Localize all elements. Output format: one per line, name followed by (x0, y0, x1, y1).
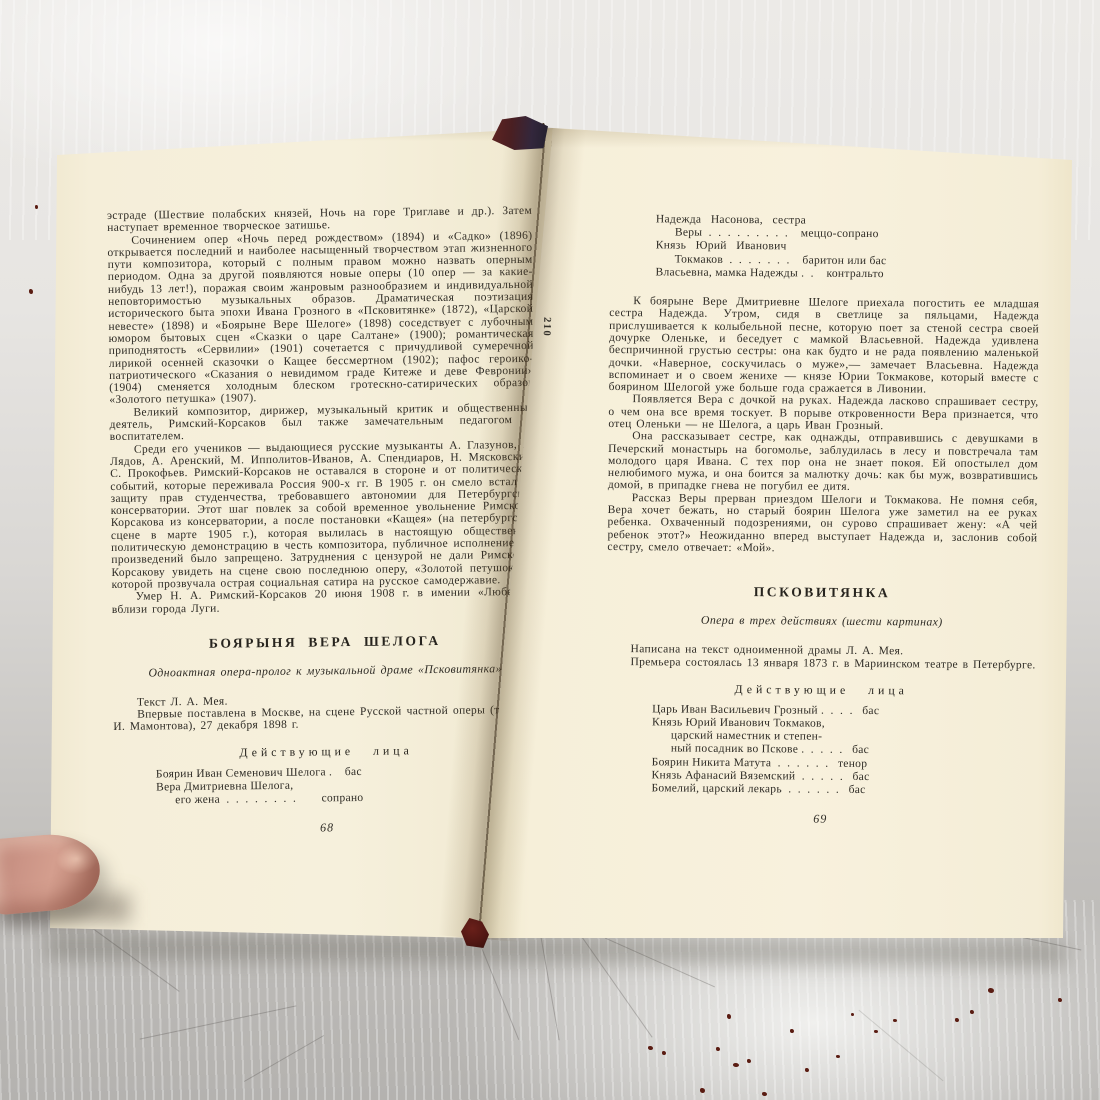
cast-line: Бомелий, царский лекарь . . . . . . бас (651, 782, 1035, 798)
cast-list-continued: Надежда Насонова, сестра Веры . . . . . … (655, 213, 1040, 282)
paint-speck (988, 988, 994, 993)
paint-speck (955, 1018, 959, 1022)
body-paragraph: Рассказ Веры прерван приездом Шелоги и Т… (607, 492, 1037, 557)
body-paragraph: Появляется Вера с дочкой на руках. Надеж… (608, 393, 1038, 433)
paint-speck (836, 1055, 840, 1058)
paint-speck (29, 289, 33, 294)
body-paragraph: К боярыне Вере Дмитриевне Шелоге приехал… (609, 295, 1040, 397)
paint-speck (790, 1029, 794, 1033)
book-photo-scene: эстраде (Шествие полабских князей, Ночь … (0, 0, 1100, 1100)
paint-speck (747, 1059, 751, 1063)
opera-subtitle: Опера в трех действиях (шести картинах) (607, 612, 1037, 630)
spine-page-ref: 210 (541, 317, 553, 338)
paint-speck (700, 1088, 705, 1093)
paint-speck (35, 205, 38, 209)
paint-speck (874, 1030, 878, 1033)
body-paragraph: Она рассказывает сестре, как однажды, от… (608, 430, 1038, 495)
page-number: 69 (605, 810, 1035, 828)
paint-speck (727, 1014, 731, 1019)
paint-speck (851, 1013, 854, 1016)
paint-speck (733, 1063, 739, 1067)
paint-speck (716, 1047, 720, 1051)
paint-speck (662, 1051, 666, 1055)
paint-speck (970, 1010, 974, 1014)
paint-speck (648, 1046, 653, 1050)
body-paragraph: Сочинением опер «Ночь перед рождеством» … (107, 229, 534, 406)
cast-list: Царь Иван Васильевич Грозный . . . . бас… (651, 703, 1036, 798)
cast-heading: Действующие лица (606, 681, 1036, 699)
body-paragraph: Великий композитор, дирижер, музыкальный… (109, 402, 534, 444)
opera-title: ПСКОВИТЯНКА (607, 583, 1037, 602)
paint-speck (805, 1068, 809, 1072)
right-page-content: Надежда Насонова, сестра Веры . . . . . … (605, 213, 1040, 829)
credits-line: Премьера состоялась 13 января 1873 г. в … (606, 656, 1036, 672)
paint-speck (1058, 998, 1062, 1002)
paint-speck (762, 1092, 767, 1096)
paint-speck (893, 1019, 897, 1022)
